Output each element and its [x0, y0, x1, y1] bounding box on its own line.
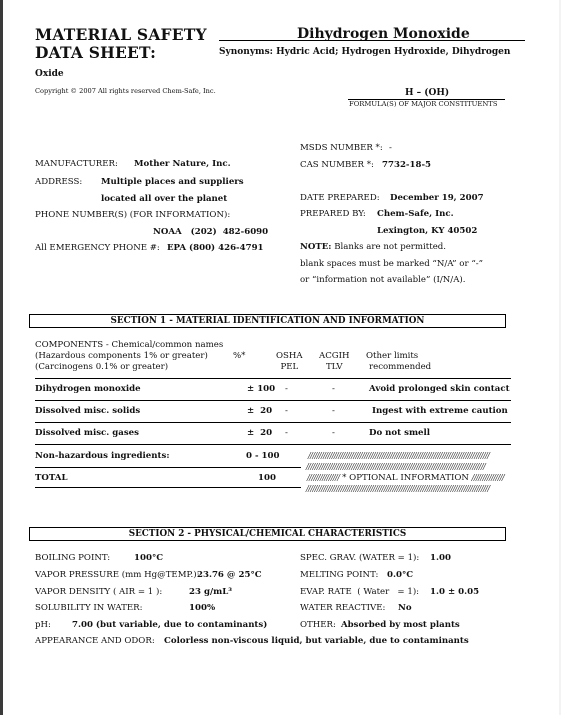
- component-acgih-tlv: -: [332, 384, 335, 394]
- section-1-header: SECTION 1 - MATERIAL IDENTIFICATION AND …: [29, 314, 506, 328]
- component-other-limits: Avoid prolonged skin contact: [369, 384, 510, 394]
- synonyms: Synonyms: Hydric Acid; Hydrogen Hydroxid…: [219, 47, 510, 57]
- cas-number-value: 7732-18-5: [382, 160, 431, 170]
- boiling-point-value: 100°C: [134, 553, 163, 563]
- osha-pel-header: OSHA PEL: [276, 351, 303, 373]
- melting-point-label: MELTING POINT:: [300, 570, 378, 580]
- vapor-pressure-label: VAPOR PRESSURE (mm Hg@TEMP.):: [35, 570, 200, 580]
- note: NOTE: Blanks are not permitted.: [300, 242, 446, 252]
- formula-label: FORMULA(S) OF MAJOR CONSTITUENTS: [349, 100, 497, 108]
- vapor-pressure-value: 23.76 @ 25°C: [197, 570, 262, 580]
- msds-number-label: MSDS NUMBER *:: [300, 143, 383, 153]
- note-line-2: blank spaces must be marked “N/A” or “-”: [300, 259, 483, 269]
- manufacturer-label: MANUFACTURER:: [35, 159, 118, 169]
- component-osha-pel: -: [285, 406, 288, 416]
- note-line-3: or “information not available” (I/N/A).: [300, 275, 466, 285]
- other-header-line-1: Other limits: [366, 351, 431, 362]
- optional-information: /////////////// * OPTIONAL INFORMATION /…: [307, 472, 504, 483]
- row-divider: [35, 487, 301, 488]
- emergency-phone-value: EPA (800) 426-4791: [167, 243, 264, 253]
- other-limits-header: Other limits recommended: [366, 351, 431, 373]
- note-label: NOTE:: [300, 242, 331, 252]
- components-header-line-2: (Hazardous components 1% or greater): [35, 351, 223, 362]
- appearance-label: APPEARANCE AND ODOR:: [35, 636, 155, 646]
- component-other-limits: Do not smell: [369, 428, 430, 438]
- spec-grav-label: SPEC. GRAV. (WATER = 1):: [300, 553, 419, 563]
- components-header-line-1: COMPONENTS - Chemical/common names: [35, 340, 223, 351]
- hatch-line-2: ////////////////////////////////////////…: [306, 461, 485, 471]
- acgih-header-line-2: TLV: [319, 362, 350, 373]
- component-percent: ± 100: [247, 384, 275, 394]
- emergency-phone-label: All EMERGENCY PHONE #:: [35, 243, 160, 253]
- vapor-density-label: VAPOR DENSITY ( AIR = 1 ):: [35, 587, 162, 597]
- formula: H – (OH): [405, 88, 449, 98]
- water-reactive-label: WATER REACTIVE:: [300, 603, 385, 613]
- boiling-point-label: BOILING POINT:: [35, 553, 110, 563]
- prepared-by-city: Lexington, KY 40502: [377, 226, 477, 236]
- acgih-tlv-header: ACGIH TLV: [319, 351, 350, 373]
- component-name: Dissolved misc. gases: [35, 428, 139, 438]
- other-header-line-2: recommended: [366, 362, 431, 373]
- address-line-1: Multiple places and suppliers: [101, 177, 244, 187]
- row-divider: [239, 378, 511, 379]
- component-osha-pel: -: [285, 384, 288, 394]
- component-name: Dissolved misc. solids: [35, 406, 140, 416]
- date-prepared-value: December 19, 2007: [390, 193, 484, 203]
- cas-number-label: CAS NUMBER *:: [300, 160, 374, 170]
- component-acgih-tlv: -: [332, 428, 335, 438]
- copyright: Copyright © 2007 All rights reserved Che…: [35, 87, 216, 95]
- components-header-line-3: (Carcinogens 0.1% or greater): [35, 362, 223, 373]
- row-divider: [35, 467, 301, 468]
- synonyms-continued: Oxide: [35, 69, 64, 79]
- spec-grav-value: 1.00: [430, 553, 451, 563]
- document-title: MATERIAL SAFETY DATA SHEET:: [35, 26, 207, 62]
- acgih-header-line-1: ACGIH: [319, 351, 350, 362]
- evap-rate-value: 1.0 ± 0.05: [430, 587, 479, 597]
- solubility-value: 100%: [189, 603, 215, 613]
- hatch-left: ///////////////: [307, 472, 339, 482]
- manufacturer-value: Mother Nature, Inc.: [134, 159, 231, 169]
- date-prepared-label: DATE PREPARED:: [300, 193, 380, 203]
- melting-point-value: 0.0°C: [387, 570, 413, 580]
- component-percent: ± 20: [247, 428, 272, 438]
- solubility-label: SOLUBILITY IN WATER:: [35, 603, 143, 613]
- msds-number-value: -: [389, 143, 392, 153]
- osha-header-line-2: PEL: [276, 362, 303, 373]
- address-label: ADDRESS:: [35, 177, 82, 187]
- hatch-line-1: ////////////////////////////////////////…: [308, 450, 489, 460]
- vapor-density-value: 23 g/mL³: [189, 587, 232, 597]
- component-name: Dihydrogen monoxide: [35, 384, 141, 394]
- ph-value: 7.00 (but variable, due to contaminants): [72, 620, 267, 630]
- address-line-2: located all over the planet: [101, 194, 227, 204]
- water-reactive-value: No: [398, 603, 412, 613]
- component-acgih-tlv: -: [332, 406, 335, 416]
- hatch-right: ///////////////: [472, 472, 504, 482]
- ph-label: pH:: [35, 620, 51, 630]
- phone-label: PHONE NUMBER(S) (FOR INFORMATION):: [35, 210, 230, 220]
- component-osha-pel: -: [285, 428, 288, 438]
- phone-value: NOAA (202) 482-6090: [153, 227, 268, 237]
- title-line-2: DATA SHEET:: [35, 44, 207, 62]
- components-header: COMPONENTS - Chemical/common names (Haza…: [35, 340, 223, 373]
- other-label: OTHER:: [300, 620, 336, 630]
- total-label: TOTAL: [35, 473, 68, 483]
- prepared-by-value: Chem-Safe, Inc.: [377, 209, 454, 219]
- osha-header-line-1: OSHA: [276, 351, 303, 362]
- percent-header: %*: [233, 351, 245, 361]
- component-percent: ± 20: [247, 406, 272, 416]
- row-divider: [35, 444, 511, 445]
- product-underline: [219, 40, 525, 41]
- hatch-line-4: ////////////////////////////////////////…: [306, 483, 489, 493]
- appearance-value: Colorless non-viscous liquid, but variab…: [164, 636, 469, 646]
- non-hazardous-label: Non-hazardous ingredients:: [35, 451, 170, 461]
- title-line-1: MATERIAL SAFETY: [35, 26, 207, 44]
- prepared-by-label: PREPARED BY:: [300, 209, 366, 219]
- window-left-border: [0, 0, 3, 715]
- optional-information-label: * OPTIONAL INFORMATION: [342, 473, 469, 483]
- evap-rate-label: EVAP. RATE ( Water = 1):: [300, 587, 419, 597]
- non-hazardous-value: 0 - 100: [246, 451, 279, 461]
- row-divider: [35, 400, 511, 401]
- total-value: 100: [258, 473, 276, 483]
- row-divider: [35, 422, 511, 423]
- other-value: Absorbed by most plants: [341, 620, 460, 630]
- section-2-header: SECTION 2 - PHYSICAL/CHEMICAL CHARACTERI…: [29, 527, 506, 541]
- note-line-1: Blanks are not permitted.: [334, 242, 446, 252]
- row-divider: [35, 378, 239, 379]
- component-other-limits: Ingest with extreme caution: [372, 406, 508, 416]
